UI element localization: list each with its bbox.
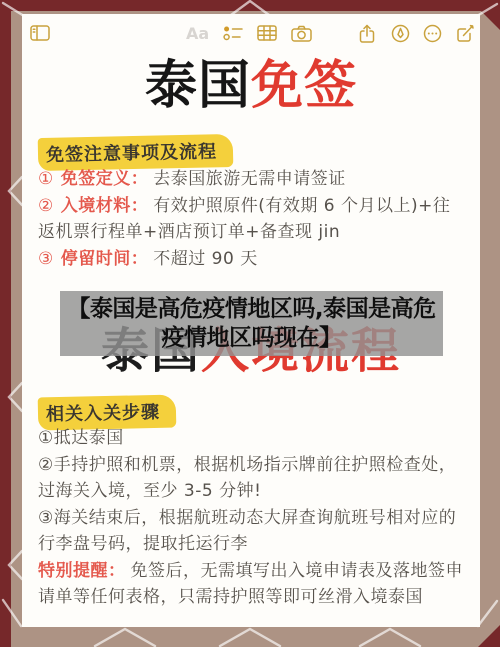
step-item: ①抵达泰国 (38, 425, 464, 452)
note-title-red: 免签 (251, 56, 357, 116)
more-options-icon[interactable] (423, 23, 442, 43)
notes-toolbar: Aa (22, 14, 480, 60)
note-title-black: 泰国 (145, 56, 251, 116)
new-note-icon[interactable] (456, 23, 475, 43)
special-reminder: 特别提醒：免签后，无需填写出入境申请表及落地签申请单等任何表格，只需持护照等即可… (38, 558, 464, 611)
step-item: ②手持护照和机票，根据机场指示牌前往护照检查处，过海关入境，至少 3-5 分钟! (38, 452, 464, 505)
visa-section-header: 免签注意事项及流程 (38, 136, 233, 169)
markup-pen-icon[interactable] (391, 23, 410, 43)
visa-item-list: ①免签定义：去泰国旅游无需申请签证 ②入境材料：有效护照原件(有效期 6 个月以… (38, 166, 464, 272)
note-title: 泰国免签 (22, 58, 480, 115)
overlay-caption-line1: 【泰国是高危疫情地区吗,泰国是高危 (60, 295, 443, 324)
list-item: ①免签定义：去泰国旅游无需申请签证 (38, 166, 464, 193)
table-icon[interactable] (257, 23, 277, 43)
checklist-icon[interactable] (223, 23, 243, 43)
list-item: ②入境材料：有效护照原件(有效期 6 个月以上)+往返机票行程单+酒店预订单+备… (38, 193, 464, 246)
frame-border-top (0, 0, 500, 11)
camera-icon[interactable] (291, 23, 312, 43)
frame-border-left (0, 0, 11, 647)
format-text-button[interactable]: Aa (186, 23, 209, 43)
entry-hero: 泰国入境流程 【泰国是高危疫情地区吗,泰国是高危 疫情地区吗现在】 (22, 291, 480, 397)
entry-step-list: ①抵达泰国 ②手持护照和机票，根据机场指示牌前往护照检查处，过海关入境，至少 3… (38, 425, 464, 611)
share-icon[interactable] (358, 23, 376, 43)
overlay-caption-banner: 【泰国是高危疫情地区吗,泰国是高危 疫情地区吗现在】 (60, 291, 443, 356)
sidebar-toggle-icon[interactable] (30, 23, 50, 43)
framed-notes-screenshot: { "toolbar": { "format_label": "Aa", "bu… (0, 0, 500, 647)
step-item: ③海关结束后，根据航班动态大屏查询航班号相对应的行李盘号码，提取托运行李 (38, 505, 464, 558)
list-item: ③停留时间：不超过 90 天 (38, 246, 464, 273)
note-canvas: Aa (22, 14, 480, 627)
frame-corner-bottom-right (478, 625, 500, 647)
reminder-label: 特别提醒： (38, 561, 126, 581)
overlay-caption-line2: 疫情地区吗现在】 (60, 324, 443, 353)
